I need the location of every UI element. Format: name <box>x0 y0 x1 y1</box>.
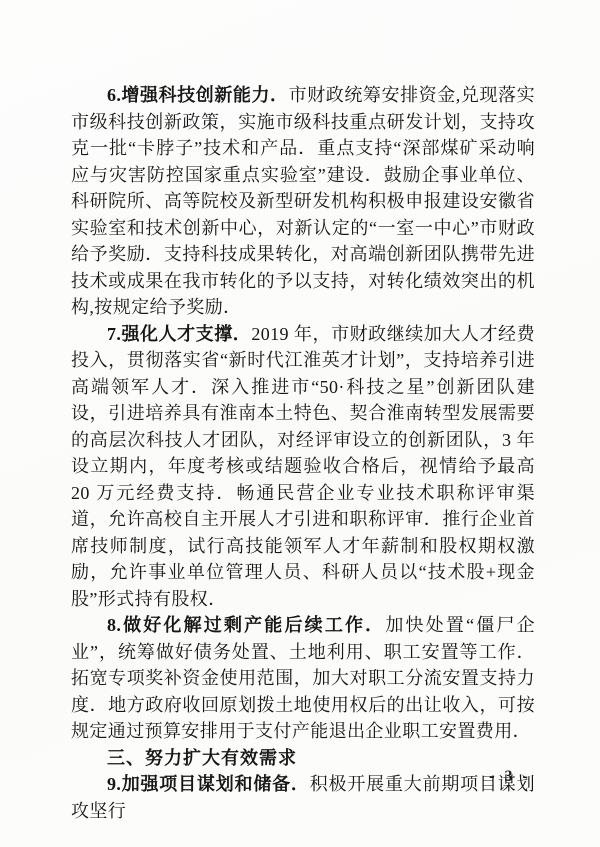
page-number: - 3 - <box>478 768 542 786</box>
paragraph-6: 6.增强科技创新能力．市财政统筹安排资金,兑现落实市级科技创新政策，实施市级科技… <box>71 82 535 321</box>
paragraph-8: 8.做好化解过剩产能后续工作．加快处置“僵尸企业”，统筹做好债务处置、土地利用、… <box>71 612 535 745</box>
document-body: 6.增强科技创新能力．市财政统筹安排资金,兑现落实市级科技创新政策，实施市级科技… <box>71 82 535 824</box>
paragraph-8-lead: 8.做好化解过剩产能后续工作． <box>107 615 385 635</box>
paragraph-9-lead: 9.加强项目谋划和储备． <box>107 774 310 794</box>
paragraph-6-text: 市财政统筹安排资金,兑现落实市级科技创新政策，实施市级科技重点研发计划，支持攻克… <box>71 85 535 317</box>
paragraph-7-text: 2019 年，市财政继续加大人才经费投入，贯彻落实省“新时代江淮英才计划”，支持… <box>71 324 535 609</box>
section-heading-3: 三、努力扩大有效需求 <box>71 745 535 772</box>
document-page: 6.增强科技创新能力．市财政统筹安排资金,兑现落实市级科技创新政策，实施市级科技… <box>0 0 600 847</box>
paragraph-7-lead: 7.强化人才支撑． <box>107 324 251 344</box>
paragraph-9: 9.加强项目谋划和储备．积极开展重大前期项目谋划攻坚行 <box>71 771 535 824</box>
paragraph-7: 7.强化人才支撑．2019 年，市财政继续加大人才经费投入，贯彻落实省“新时代江… <box>71 321 535 613</box>
paragraph-6-lead: 6.增强科技创新能力． <box>107 85 289 105</box>
section-heading-3-label: 三、努力扩大有效需求 <box>107 748 297 768</box>
